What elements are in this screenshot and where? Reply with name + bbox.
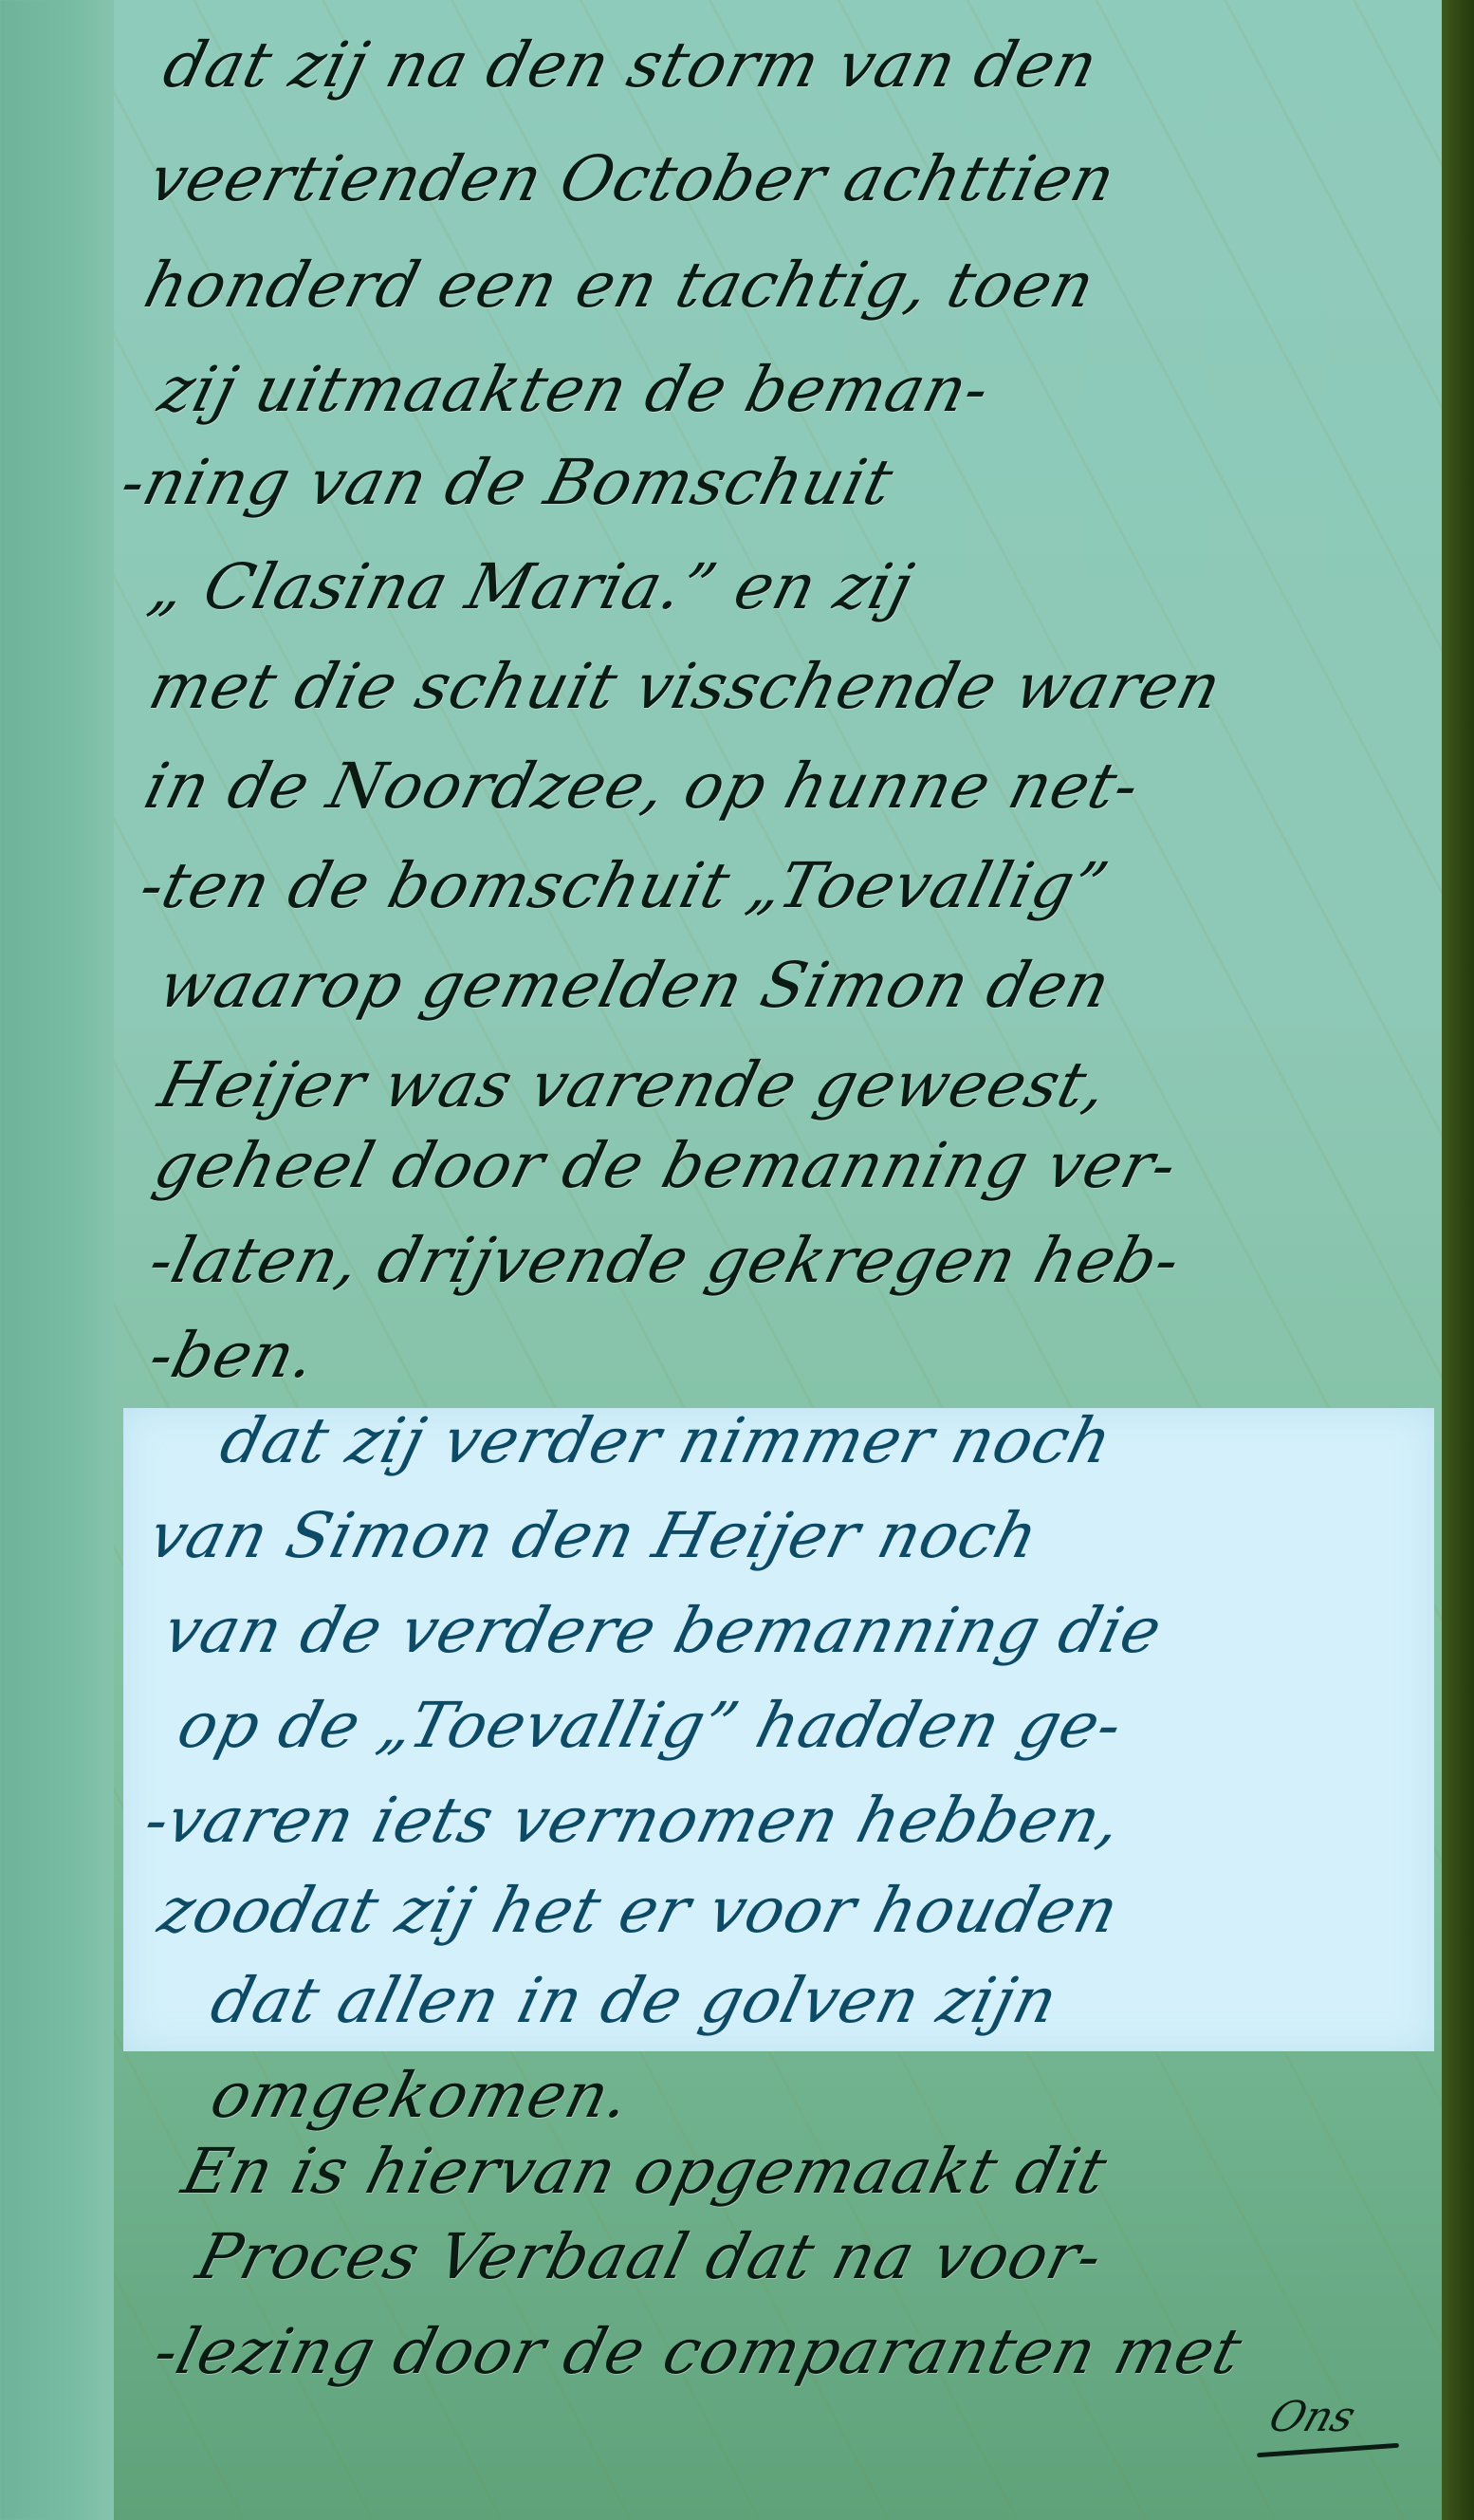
catchword: Ons [1263, 2393, 1362, 2441]
handwritten-text-block: dat zij na den storm van den veertienden… [0, 0, 1474, 2520]
text-line: „ Clasina Maria.” en zij [142, 550, 921, 623]
highlighted-text-line: van Simon den Heijer noch [142, 1499, 1046, 1572]
text-line: -ning van de Bomschuit [114, 446, 901, 519]
highlighted-text-line: -varen iets vernomen hebben, [138, 1784, 1130, 1857]
text-line: -ben. [142, 1319, 323, 1392]
text-line: Heijer was varende geweest, [152, 1048, 1115, 1121]
text-line: Proces Verbaal dat na voor- [190, 2220, 1111, 2293]
highlighted-text-line: dat allen in de golven zijn [204, 1964, 1065, 2037]
text-line: geheel door de bemanning ver- [147, 1129, 1185, 1202]
text-line: -lezing door de comparanten met [147, 2315, 1249, 2388]
text-line: met die schuit visschende waren [142, 650, 1229, 723]
text-line: -laten, drijvende gekregen heb- [142, 1224, 1188, 1297]
highlighted-text-line: op de „Toevallig” hadden ge- [171, 1689, 1130, 1762]
highlighted-text-line: zoodat zij het er voor houden [152, 1874, 1126, 1947]
text-line: waarop gemelden Simon den [152, 949, 1118, 1022]
text-line: dat zij na den storm van den [157, 28, 1105, 102]
text-line: -ten de bomschuit „Toevallig” [133, 849, 1115, 922]
highlighted-text-line: dat zij verder nimmer noch [213, 1404, 1119, 1477]
text-line: zij uitmaakten de beman- [152, 353, 997, 426]
text-line: honderd een en tachtig, toen [138, 249, 1102, 322]
text-line: in de Noordzee, op hunne net- [138, 750, 1147, 823]
text-line: veertienden October achttien [142, 142, 1123, 215]
text-line: En is hiervan opgemaakt dit [175, 2135, 1115, 2208]
highlighted-text-line: van de verdere bemanning die [157, 1594, 1170, 1667]
text-line: omgekomen. [204, 2059, 638, 2132]
